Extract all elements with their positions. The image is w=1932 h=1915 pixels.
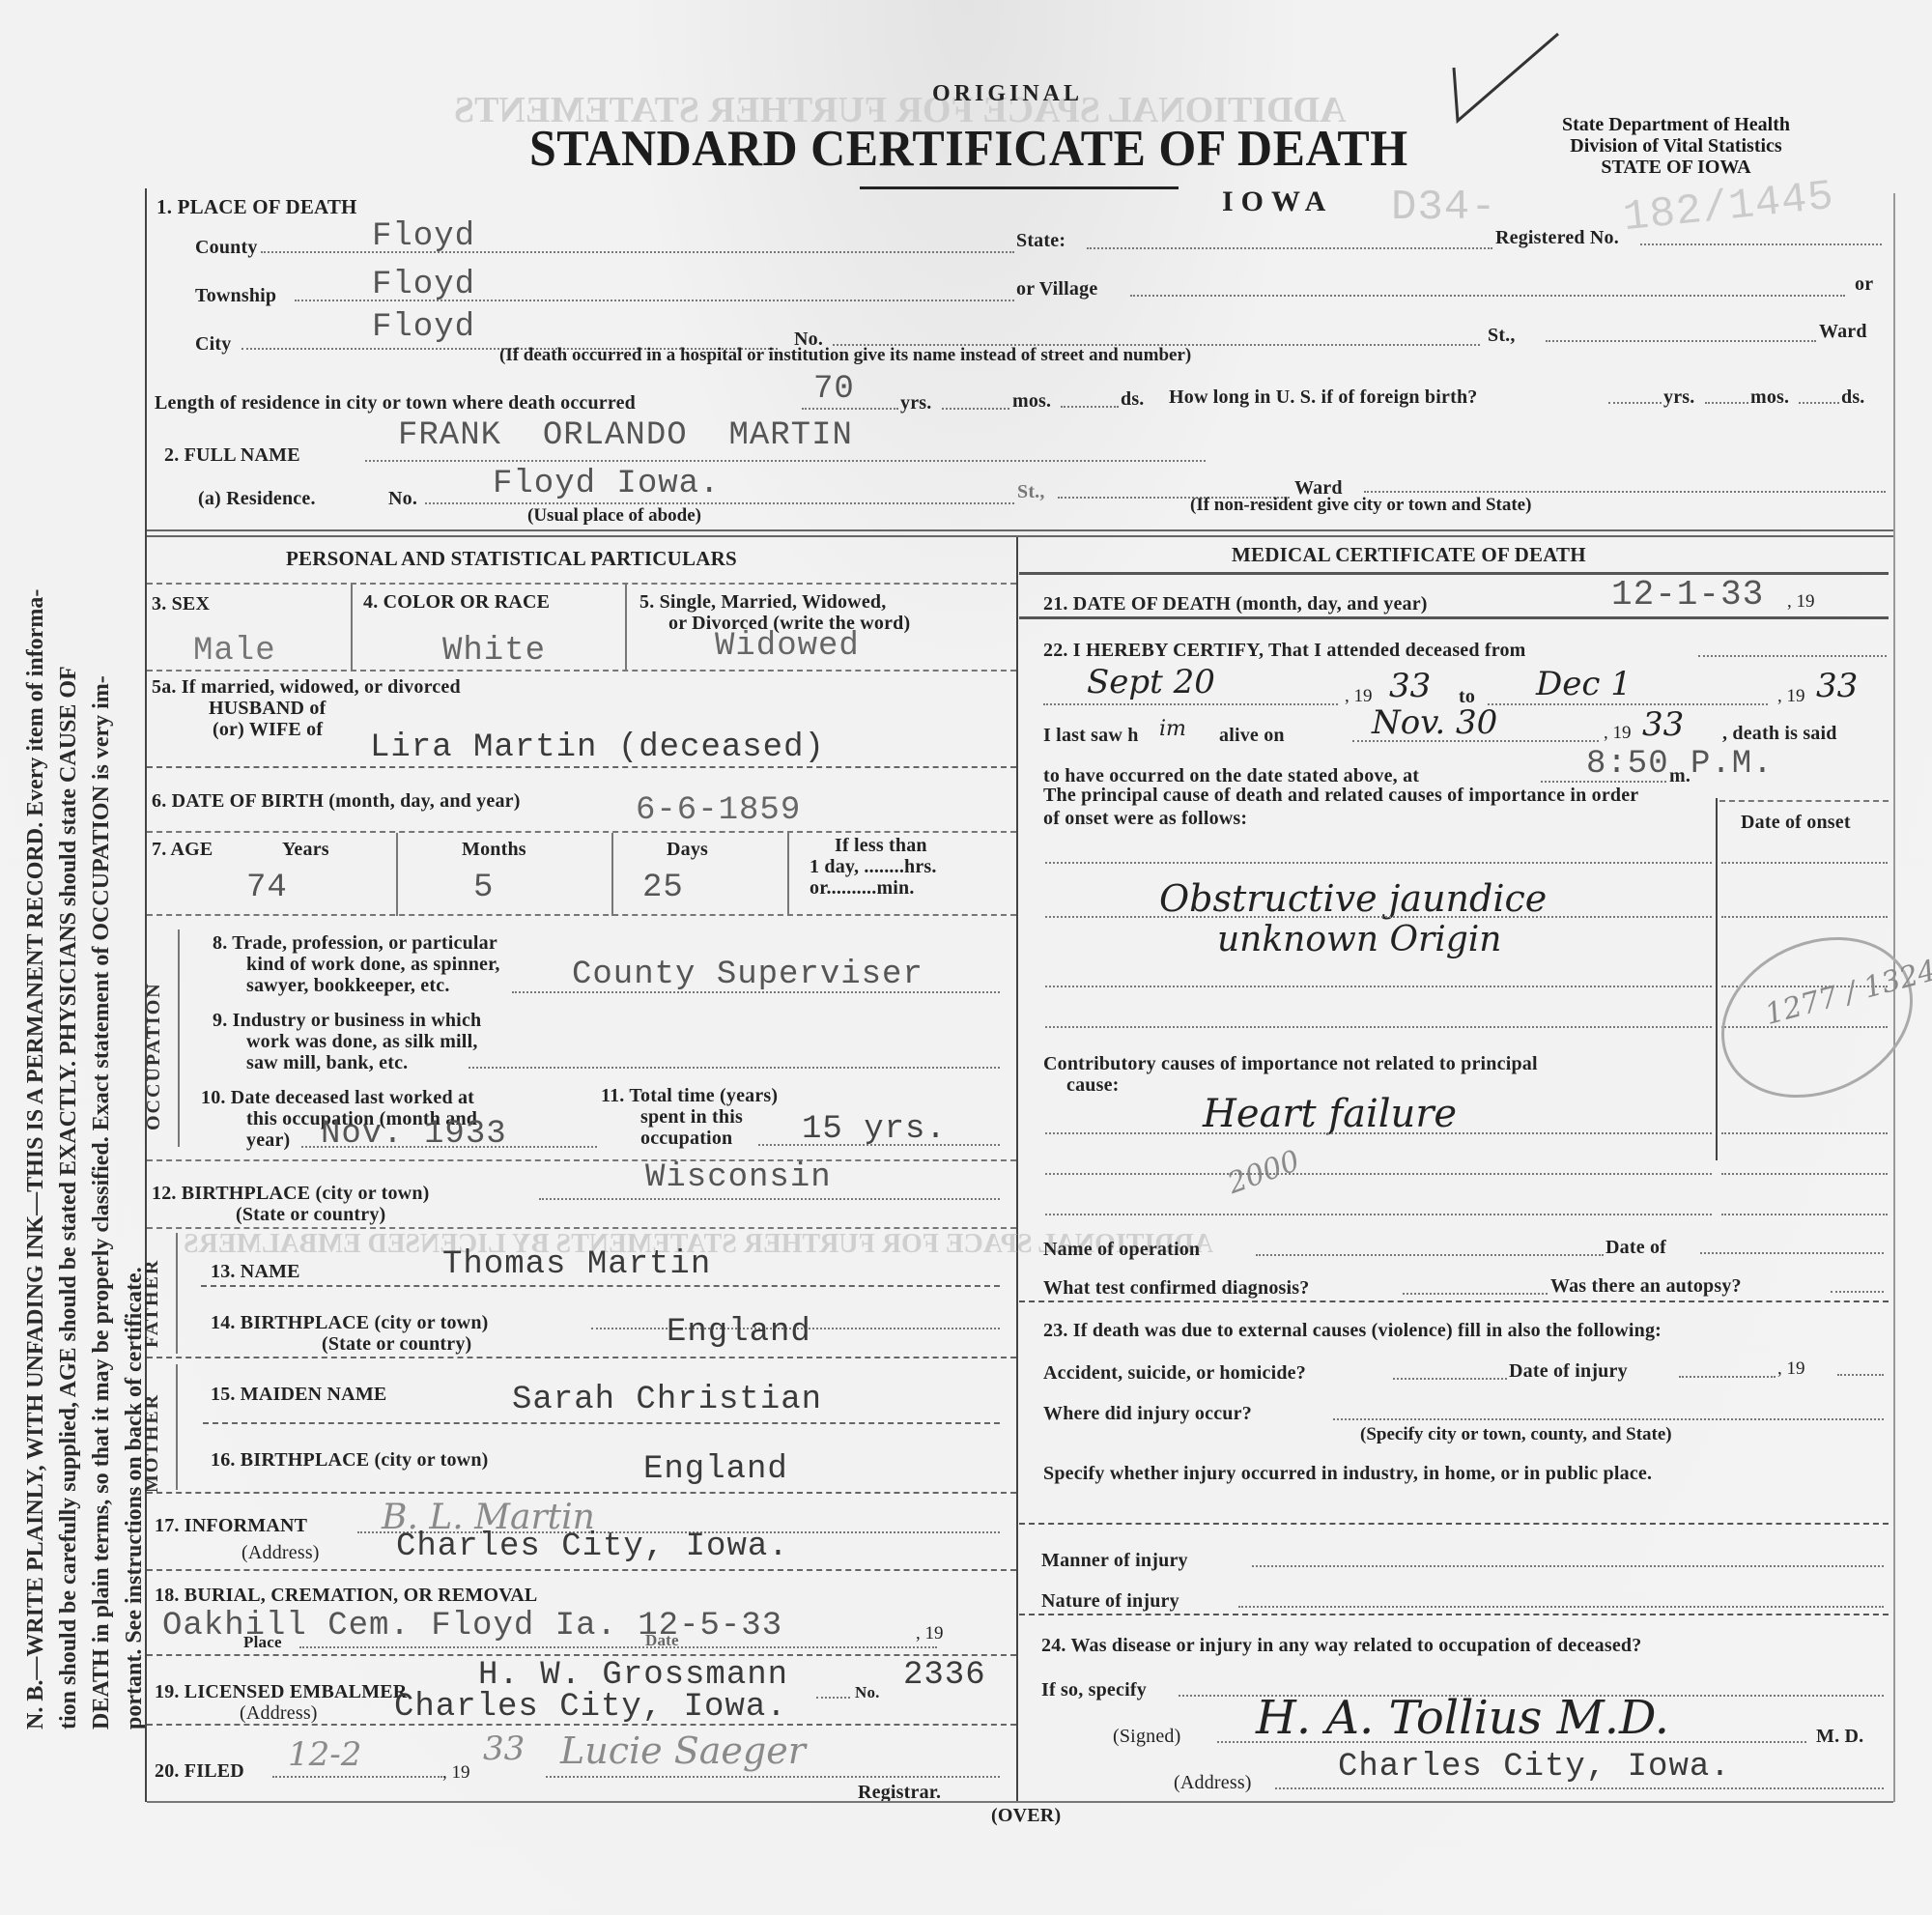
onset-dotline-1: [1721, 862, 1888, 864]
informant-address-value: Charles City, Iowa.: [396, 1529, 789, 1565]
burial-rule: [147, 1654, 1016, 1656]
contrib-dotline-3: [1045, 1214, 1712, 1215]
race-divider: [625, 585, 627, 670]
filed-date-value: 12-2: [288, 1735, 361, 1774]
total-time-label-3: occupation: [640, 1128, 732, 1150]
certify-label: 22. I HEREBY CERTIFY, That I attended de…: [1043, 640, 1526, 662]
embalmer-rule: [147, 1724, 1016, 1726]
attended-from-value: Sept 20: [1087, 663, 1215, 701]
nature-rule: [1019, 1614, 1889, 1615]
residence-years-dotline: [802, 408, 898, 410]
spouse-value: Lira Martin (deceased): [370, 729, 825, 766]
age-divider-1: [396, 833, 398, 916]
ward-label: Ward: [1819, 321, 1867, 343]
embalmer-dotline: [816, 1697, 850, 1699]
onset-divider: [1716, 798, 1718, 1160]
age-days-value: 25: [642, 870, 684, 906]
father-name-label: 13. NAME: [211, 1261, 300, 1283]
state-dotline: [1087, 247, 1492, 249]
specify-place-label: Specify whether injury occurred in indus…: [1043, 1463, 1652, 1485]
county-value: Floyd: [372, 218, 475, 255]
father-birthplace-value: England: [667, 1314, 811, 1351]
section-divider: [147, 529, 1893, 537]
injury-year-dotline: [1837, 1374, 1884, 1376]
registered-dotline: [1640, 243, 1882, 245]
full-name-label: 2. FULL NAME: [164, 444, 300, 467]
city-value: Floyd: [372, 309, 475, 346]
village-dotline: [1130, 295, 1845, 297]
mos-label: mos.: [1012, 390, 1051, 413]
age-years-value: 74: [246, 870, 288, 906]
age-years-label: Years: [282, 839, 329, 861]
last-saw-year: 33: [1642, 705, 1684, 744]
total-time-label-1: 11. Total time (years): [601, 1085, 778, 1107]
cause-line-2: unknown Origin: [1217, 920, 1501, 959]
injury-19-label: , 19: [1777, 1358, 1805, 1380]
autopsy-label: Was there an autopsy?: [1550, 1275, 1742, 1298]
contributory-label-2: cause:: [1066, 1074, 1120, 1097]
dept-line1: State Department of Health: [1531, 114, 1821, 135]
signed-label: (Signed): [1113, 1726, 1180, 1748]
dob-label: 6. DATE OF BIRTH (month, day, and year): [152, 790, 521, 813]
informant-rule: [147, 1569, 1016, 1571]
time-value: 8:50: [1586, 746, 1669, 783]
yrs-label: yrs.: [900, 392, 931, 414]
informant-label: 17. INFORMANT: [155, 1515, 307, 1537]
occupation-side-label: OCCUPATION: [143, 982, 165, 1130]
occupation-rule: [147, 1159, 1016, 1161]
attended-to-value: Dec 1: [1536, 665, 1632, 703]
city-label: City: [195, 333, 231, 356]
st-label: St.,: [1488, 325, 1516, 347]
sex-value: Male: [193, 633, 276, 670]
age-divider-2: [611, 833, 613, 916]
trade-label-2: kind of work done, as spinner,: [246, 954, 500, 976]
side-note-line3: DEATH in plain terms, so that it may be …: [85, 589, 118, 1729]
ampm-value: P.M.: [1690, 746, 1774, 783]
side-note-line2: tion should be carefully supplied, AGE s…: [52, 589, 85, 1729]
mother-birthplace-label: 16. BIRTHPLACE (city or town): [211, 1449, 489, 1472]
physician-address-dotline: [1275, 1787, 1884, 1789]
side-instructions: N. B.—WRITE PLAINLY, WITH UNFADING INK—T…: [19, 589, 151, 1729]
personal-heading-rule: [147, 583, 1016, 585]
attended-from-19: , 19: [1345, 686, 1373, 707]
less-than-label-2: 1 day, ........hrs.: [810, 856, 937, 878]
autopsy-dotline: [1831, 1291, 1884, 1293]
contributory-label-1: Contributory causes of importance not re…: [1043, 1053, 1538, 1075]
attended-to-19: , 19: [1777, 686, 1805, 707]
place-of-death-heading: 1. PLACE OF DEATH: [156, 195, 357, 219]
village-label: or Village: [1016, 278, 1097, 300]
filed-year-prefix: , 19: [442, 1762, 470, 1784]
dob-value: 6-6-1859: [636, 792, 801, 829]
last-saw-date: Nov. 30: [1372, 703, 1497, 742]
filed-year-value: 33: [483, 1729, 525, 1768]
birthplace-sub-label: (State or country): [236, 1204, 385, 1226]
date-of-dotline: [1700, 1252, 1884, 1254]
last-saw-pronoun: im: [1159, 717, 1186, 741]
nature-dotline: [1238, 1606, 1884, 1608]
foreign-yrs-label: yrs.: [1663, 386, 1694, 409]
bottom-rule: [147, 1801, 1893, 1803]
last-worked-value: Nov. 1933: [321, 1116, 507, 1153]
burial-label: 18. BURIAL, CREMATION, OR REMOVAL: [155, 1585, 537, 1607]
last-saw-19: , 19: [1604, 723, 1632, 744]
informant-address-label: (Address): [241, 1542, 320, 1564]
mother-rule: [147, 1492, 1016, 1494]
onset-top-rule: [1719, 800, 1889, 802]
industry-label-3: saw mill, bank, etc.: [246, 1052, 408, 1074]
residence-label: (a) Residence.: [198, 488, 316, 510]
foreign-yrs-dotline: [1608, 402, 1662, 404]
registrar-signature: Lucie Saeger: [560, 1729, 806, 1772]
physician-signature: H. A. Tollius M.D.: [1256, 1691, 1669, 1745]
operation-label: Name of operation: [1043, 1239, 1200, 1261]
state-label: State:: [1016, 230, 1065, 252]
residence-value: Floyd Iowa.: [493, 466, 720, 502]
total-time-value: 15 yrs.: [802, 1111, 947, 1148]
manner-dotline: [1252, 1565, 1884, 1567]
father-name-rule: [201, 1285, 1000, 1287]
mos-dotline: [942, 408, 1009, 410]
dod-rule: [1019, 616, 1889, 619]
race-value: White: [442, 633, 546, 670]
contributory-cause: Heart failure: [1203, 1092, 1457, 1136]
foreign-ds-dotline: [1799, 402, 1839, 404]
trade-value: County Superviser: [572, 957, 923, 993]
m-label: m.: [1669, 765, 1690, 787]
side-note-line1: N. B.—WRITE PLAINLY, WITH UNFADING INK—T…: [19, 589, 52, 1729]
abode-note: (Usual place of abode): [527, 505, 701, 527]
burial-place-label: Place: [243, 1633, 282, 1652]
residence-st-label: St.,: [1017, 481, 1045, 503]
dod-label: 21. DATE OF DEATH (month, day, and year): [1043, 593, 1428, 615]
embalmer-address-label: (Address): [240, 1702, 318, 1725]
age-rule: [147, 914, 1016, 916]
marital-value: Widowed: [715, 628, 860, 665]
registrar-dotline: [546, 1776, 1000, 1778]
md-label: M. D.: [1816, 1726, 1863, 1748]
file-stamp: D34-: [1391, 184, 1497, 232]
foreign-ds-label: ds.: [1841, 386, 1865, 409]
mother-side-rule: [176, 1364, 178, 1490]
hospital-note: (If death occurred in a hospital or inst…: [499, 345, 1191, 366]
embalmer-address-value: Charles City, Iowa.: [394, 1689, 787, 1726]
physician-address-value: Charles City, Iowa.: [1338, 1749, 1731, 1786]
mother-side-label: MOTHER: [141, 1393, 163, 1493]
trade-label-3: sawyer, bookkeeper, etc.: [246, 975, 450, 997]
spouse-label-1: 5a. If married, widowed, or divorced: [152, 676, 461, 699]
industry-dotline: [469, 1067, 1000, 1069]
industry-label-1: 9. Industry or business in which: [213, 1010, 481, 1032]
occupation-side-rule: [178, 929, 180, 1147]
if-so-label: If so, specify: [1041, 1679, 1147, 1701]
dod-value: 12-1-33: [1611, 575, 1764, 615]
contrib-onset-dotline-3: [1721, 1214, 1888, 1215]
over-label: (OVER): [991, 1805, 1061, 1827]
page-title: STANDARD CERTIFICATE OF DEATH: [529, 119, 1408, 178]
father-name-value: Thomas Martin: [442, 1246, 711, 1283]
cause-dotline-2: [1045, 916, 1712, 918]
checkmark-icon: [1444, 29, 1570, 126]
burial-dotline: [299, 1646, 937, 1648]
birthplace-value: Wisconsin: [645, 1159, 832, 1196]
manner-label: Manner of injury: [1041, 1550, 1188, 1572]
age-divider-3: [787, 833, 789, 916]
full-name-dotline: [365, 460, 1206, 462]
test-rule: [1019, 1300, 1889, 1302]
county-label: County: [195, 237, 258, 259]
dept-line3: STATE OF IOWA: [1531, 157, 1821, 178]
ds-dotline: [1061, 406, 1119, 408]
occupation-related-label: 24. Was disease or injury in any way rel…: [1041, 1635, 1641, 1657]
where-note: (Specify city or town, county, and State…: [1360, 1424, 1672, 1445]
embalmer-label: 19. LICENSED EMBALMER: [155, 1681, 407, 1703]
dept-block: State Department of Health Division of V…: [1531, 114, 1821, 178]
father-birthplace-sub: (State or country): [322, 1333, 471, 1356]
last-saw-label: I last saw h: [1043, 725, 1139, 747]
attended-from-dotline: [1043, 703, 1338, 705]
spouse-label-2: HUSBAND of: [209, 698, 326, 720]
township-label: Township: [195, 285, 276, 307]
test-dotline: [1403, 1293, 1548, 1295]
cause-dotline-3: [1045, 986, 1712, 987]
birthplace-label: 12. BIRTHPLACE (city or town): [152, 1183, 430, 1205]
mother-birthplace-value: England: [643, 1451, 788, 1488]
dod-suffix: , 19: [1787, 591, 1815, 613]
birthplace-dotline: [539, 1198, 1000, 1200]
attended-to-year: 33: [1816, 667, 1858, 705]
principal-cause-label-2: of onset were as follows:: [1043, 808, 1247, 830]
sex-divider: [351, 585, 353, 670]
injury-date-dotline: [1679, 1376, 1776, 1378]
race-label: 4. COLOR OR RACE: [363, 591, 550, 614]
contrib-onset-dotline-1: [1721, 1132, 1888, 1134]
embalmer-no-value: 2336: [903, 1657, 986, 1694]
or-label: or: [1855, 273, 1873, 296]
attended-from-year: 33: [1389, 667, 1431, 705]
foreign-birth-label: How long in U. S. if of foreign birth?: [1169, 386, 1477, 409]
specify-rule: [1019, 1523, 1889, 1525]
last-worked-label-1: 10. Date deceased last worked at: [201, 1087, 474, 1109]
marital-label-1: 5. Single, Married, Widowed,: [639, 591, 886, 614]
mother-name-rule: [203, 1422, 1000, 1424]
nature-label: Nature of injury: [1041, 1590, 1179, 1613]
father-rule: [147, 1357, 1016, 1358]
title-underline: [860, 186, 1179, 189]
foreign-mos-label: mos.: [1750, 386, 1789, 409]
age-months-label: Months: [462, 839, 526, 861]
residence-length-label: Length of residence in city or town wher…: [155, 392, 636, 414]
father-birthplace-label: 14. BIRTHPLACE (city or town): [211, 1312, 489, 1334]
filed-label: 20. FILED: [155, 1760, 244, 1783]
father-side-rule: [176, 1233, 178, 1354]
operation-dotline: [1256, 1254, 1604, 1256]
spouse-rule: [147, 766, 1016, 768]
medical-heading: MEDICAL CERTIFICATE OF DEATH: [1232, 543, 1586, 567]
burial-19-label: , 19: [916, 1623, 944, 1644]
embalmer-no-label: No.: [855, 1683, 880, 1702]
nonresident-note: (If non-resident give city or town and S…: [1190, 495, 1531, 516]
sex-label: 3. SEX: [152, 593, 210, 615]
residence-ward-dotline: [1364, 491, 1886, 493]
external-causes-label: 23. If death was due to external causes …: [1043, 1320, 1662, 1342]
principal-cause-label-1: The principal cause of death and related…: [1043, 785, 1638, 807]
cause-line-1: Obstructive jaundice: [1159, 877, 1547, 920]
where-dotline: [1333, 1418, 1884, 1420]
full-name-value: FRANK ORLANDO MARTIN: [398, 417, 853, 454]
age-months-value: 5: [473, 870, 494, 906]
age-days-label: Days: [667, 839, 708, 861]
dept-line2: Division of Vital Statistics: [1531, 135, 1821, 157]
death-said-label: , death is said: [1722, 723, 1837, 745]
less-than-label-1: If less than: [835, 835, 927, 857]
date-of-onset-label: Date of onset: [1741, 812, 1851, 834]
certificate-page: N. B.—WRITE PLAINLY, WITH UNFADING INK—T…: [0, 0, 1932, 1915]
ds-label: ds.: [1121, 388, 1145, 411]
filed-dotline: [272, 1776, 442, 1778]
total-time-label-2: spent in this: [640, 1106, 743, 1129]
registered-no-label: Registered No.: [1495, 227, 1619, 249]
dob-rule: [147, 831, 1016, 833]
st-dotline: [1546, 340, 1816, 342]
age-label: 7. AGE: [152, 839, 213, 861]
certify-dotline: [1698, 655, 1887, 657]
residence-dotline: [425, 502, 1014, 504]
township-value: Floyd: [372, 267, 475, 303]
father-side-label: FATHER: [141, 1259, 163, 1348]
accident-label: Accident, suicide, or homicide?: [1043, 1362, 1306, 1385]
marital-rule: [147, 670, 1016, 672]
alive-on-label: alive on: [1219, 725, 1285, 747]
column-divider: [1016, 537, 1018, 1801]
file-number: 182/1445: [1621, 173, 1836, 243]
contrib-dotline-2: [1045, 1173, 1712, 1175]
spouse-label-3: (or) WIFE of: [213, 719, 323, 741]
state-name: IOWA: [1222, 186, 1333, 218]
last-worked-label-3: year): [246, 1129, 290, 1152]
original-label: ORIGINAL: [932, 81, 1083, 107]
mother-name-label: 15. MAIDEN NAME: [211, 1384, 386, 1406]
where-label: Where did injury occur?: [1043, 1403, 1252, 1425]
test-label: What test confirmed diagnosis?: [1043, 1277, 1309, 1300]
accident-dotline: [1393, 1378, 1507, 1380]
onset-dotline-2: [1721, 916, 1888, 918]
residence-no-label: No.: [388, 488, 417, 510]
mother-name-value: Sarah Christian: [512, 1382, 822, 1418]
trade-label-1: 8. Trade, profession, or particular: [213, 932, 497, 955]
injury-date-label: Date of injury: [1509, 1360, 1628, 1383]
attended-to-dotline: [1488, 703, 1768, 705]
residence-years-value: 70: [813, 371, 855, 408]
physician-address-label: (Address): [1174, 1772, 1252, 1794]
personal-heading: PERSONAL AND STATISTICAL PARTICULARS: [286, 547, 737, 571]
contrib-dotline-1: [1045, 1132, 1712, 1134]
cause-dotline-4: [1045, 1026, 1712, 1028]
less-than-label-3: or..........min.: [810, 877, 915, 900]
industry-label-2: work was done, as silk mill,: [246, 1031, 478, 1053]
foreign-mos-dotline: [1705, 402, 1748, 404]
cause-dotline-1: [1045, 862, 1712, 864]
contrib-onset-dotline-2: [1721, 1173, 1888, 1175]
date-of-label: Date of: [1605, 1237, 1666, 1259]
